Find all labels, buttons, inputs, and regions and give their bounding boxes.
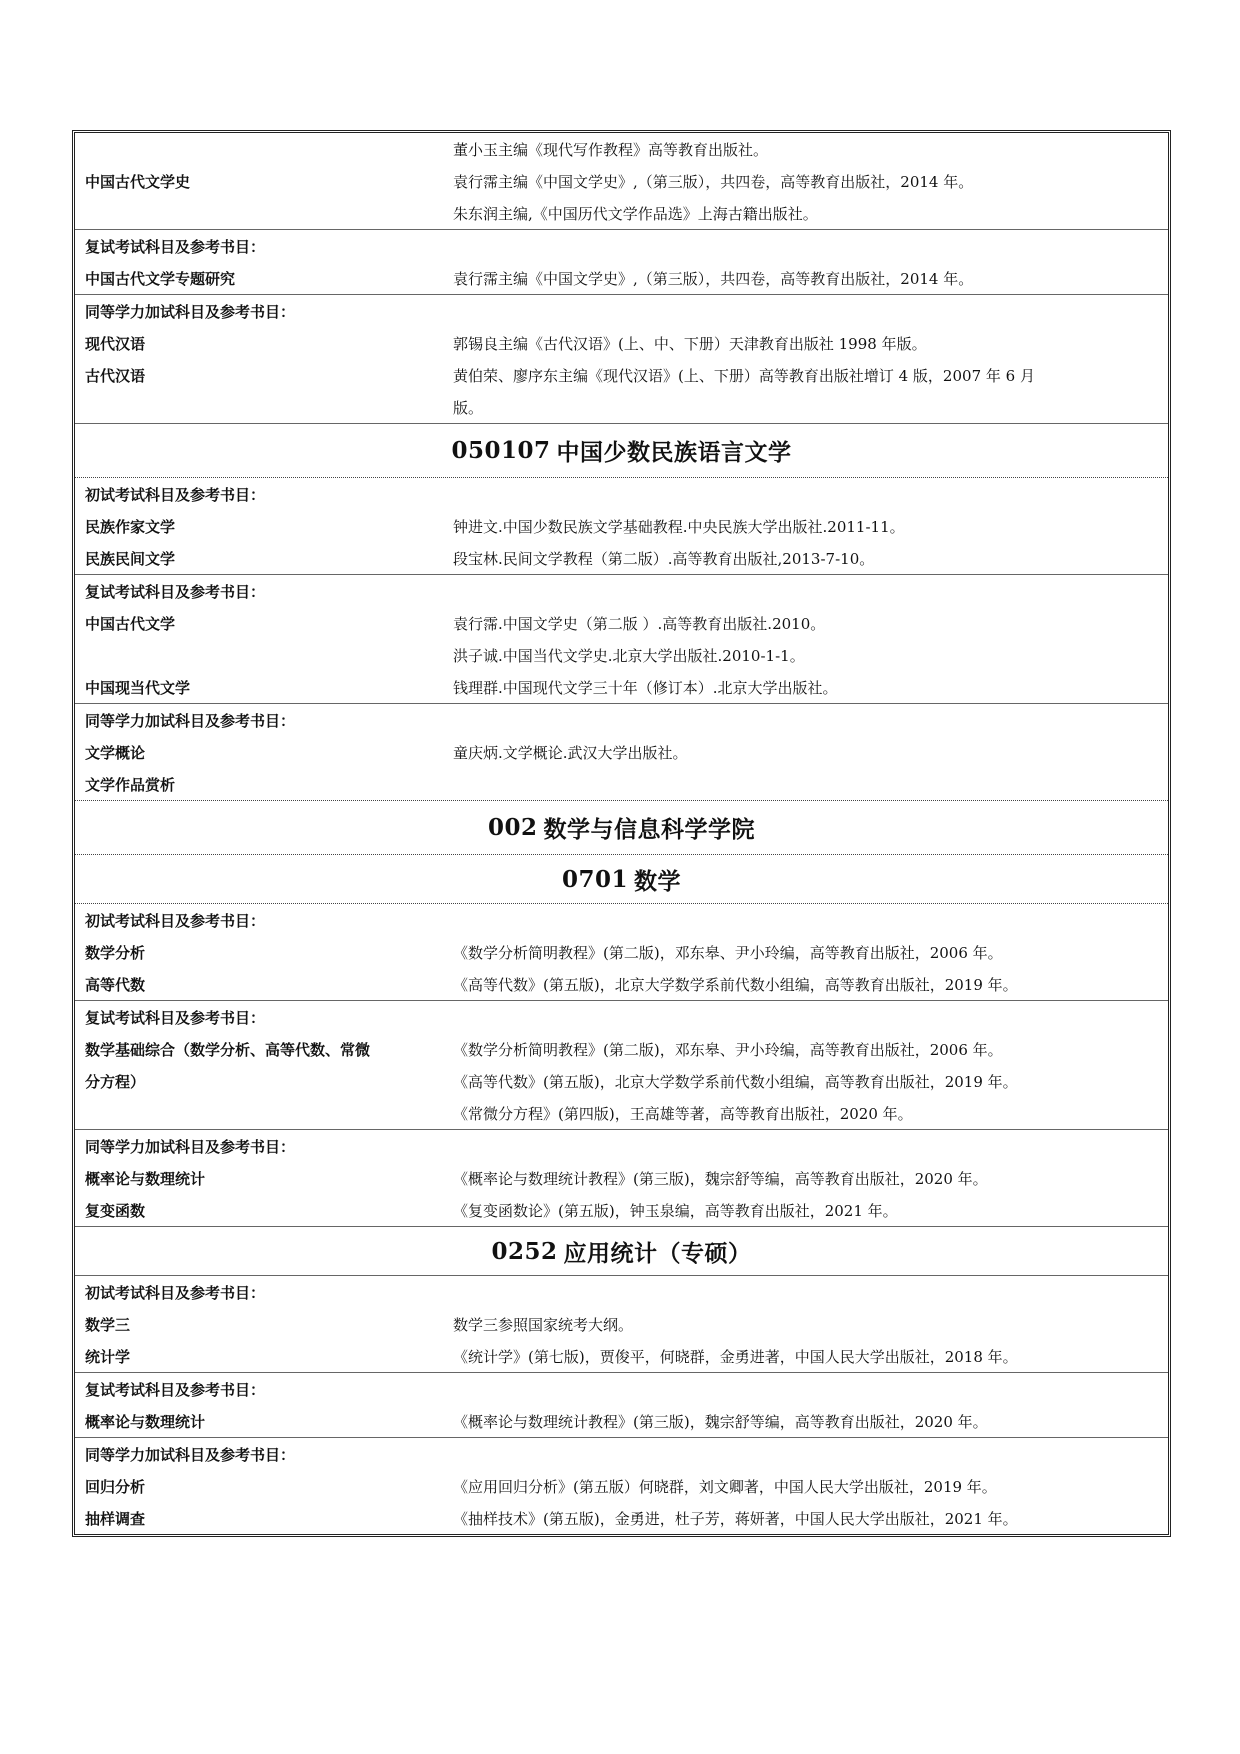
equivalent-block: 同等学力加试科目及参考书目： 现代汉语 郭锡良主编《古代汉语》(上、中、下册）天… bbox=[75, 295, 1168, 424]
program-title-0252: 0252 应用统计（专硕） bbox=[75, 1227, 1168, 1276]
subject-label: 古代汉语 bbox=[75, 365, 451, 386]
reference-text: 《统计学》(第七版)，贾俊平，何晓群，金勇进著，中国人民大学出版社，2018 年… bbox=[451, 1346, 1168, 1367]
equivalent-block: 同等学力加试科目及参考书目： 回归分析 《应用回归分析》(第五版）何晓群，刘文卿… bbox=[75, 1438, 1168, 1534]
reference-text: 数学三参照国家统考大纲。 bbox=[451, 1314, 1168, 1335]
retest-block: 复试考试科目及参考书目： 数学基础综合（数学分析、高等代数、常微 《数学分析简明… bbox=[75, 1001, 1168, 1130]
reference-text: 《数学分析简明教程》(第二版)，邓东皋、尹小玲编，高等教育出版社，2006 年。 bbox=[451, 942, 1168, 963]
section-heading: 复试考试科目及参考书目： bbox=[75, 1001, 1168, 1033]
equivalent-block: 同等学力加试科目及参考书目： 概率论与数理统计 《概率论与数理统计教程》(第三版… bbox=[75, 1130, 1168, 1227]
program-name: 应用统计（专硕） bbox=[564, 1235, 752, 1268]
section-heading: 初试考试科目及参考书目： bbox=[75, 904, 1168, 936]
section-heading: 初试考试科目及参考书目： bbox=[75, 1276, 1168, 1308]
reference-text: 《抽样技术》(第五版)，金勇进，杜子芳，蒋妍著，中国人民大学出版社，2021 年… bbox=[451, 1508, 1168, 1529]
subject-label: 分方程） bbox=[75, 1071, 451, 1092]
program-title: 0252 应用统计（专硕） bbox=[75, 1227, 1168, 1275]
table-row: 高等代数 《高等代数》(第五版)，北京大学数学系前代数小组编，高等教育出版社，2… bbox=[75, 968, 1168, 1000]
section-heading: 初试考试科目及参考书目： bbox=[75, 478, 1168, 510]
table-row: 复变函数 《复变函数论》(第五版)，钟玉泉编，高等教育出版社，2021 年。 bbox=[75, 1194, 1168, 1226]
section-heading: 复试考试科目及参考书目： bbox=[75, 230, 1168, 262]
section-heading: 复试考试科目及参考书目： bbox=[75, 575, 1168, 607]
subject-label: 数学三 bbox=[75, 1314, 451, 1335]
subject-label: 现代汉语 bbox=[75, 333, 451, 354]
reference-text: 《复变函数论》(第五版)，钟玉泉编，高等教育出版社，2021 年。 bbox=[451, 1200, 1168, 1221]
school-code: 002 bbox=[488, 814, 538, 841]
table-row: 现代汉语 郭锡良主编《古代汉语》(上、中、下册）天津教育出版社 1998 年版。 bbox=[75, 327, 1168, 359]
reference-text: 袁行霈主编《中国文学史》,（第三版），共四卷，高等教育出版社，2014 年。 bbox=[451, 171, 1168, 192]
table-row: 概率论与数理统计 《概率论与数理统计教程》(第三版)，魏宗舒等编，高等教育出版社… bbox=[75, 1162, 1168, 1194]
table-row: 数学分析 《数学分析简明教程》(第二版)，邓东皋、尹小玲编，高等教育出版社，20… bbox=[75, 936, 1168, 968]
table-row: 古代汉语 黄伯荣、廖序东主编《现代汉语》(上、下册）高等教育出版社增订 4 版，… bbox=[75, 359, 1168, 391]
section-heading: 同等学力加试科目及参考书目： bbox=[75, 1130, 1168, 1162]
program-name: 中国少数民族语言文学 bbox=[557, 434, 792, 467]
program-code: 0701 bbox=[562, 866, 628, 893]
subject-label: 复变函数 bbox=[75, 1200, 451, 1221]
retest-block: 复试考试科目及参考书目： 概率论与数理统计 《概率论与数理统计教程》(第三版)，… bbox=[75, 1373, 1168, 1438]
subject-label: 中国现当代文学 bbox=[75, 677, 451, 698]
program-code: 0252 bbox=[491, 1238, 557, 1265]
table-row: 《常微分方程》(第四版)，王高雄等著，高等教育出版社，2020 年。 bbox=[75, 1097, 1168, 1129]
reference-text: 袁行霈.中国文学史（第二版 ）.高等教育出版社.2010。 bbox=[451, 613, 1168, 634]
reference-text: 袁行霈主编《中国文学史》,（第三版），共四卷，高等教育出版社，2014 年。 bbox=[451, 268, 1168, 289]
reference-text: 段宝林.民间文学教程（第二版）.高等教育出版社,2013-7-10。 bbox=[451, 548, 1168, 569]
reference-text: 洪子诚.中国当代文学史.北京大学出版社.2010-1-1。 bbox=[451, 645, 1168, 666]
reference-text: 《数学分析简明教程》(第二版)，邓东皋、尹小玲编，高等教育出版社，2006 年。 bbox=[451, 1039, 1168, 1060]
reference-text: 黄伯荣、廖序东主编《现代汉语》(上、下册）高等教育出版社增订 4 版，2007 … bbox=[451, 365, 1168, 386]
reference-text: 《概率论与数理统计教程》(第三版)，魏宗舒等编，高等教育出版社，2020 年。 bbox=[451, 1168, 1168, 1189]
table-row: 民族民间文学 段宝林.民间文学教程（第二版）.高等教育出版社,2013-7-10… bbox=[75, 542, 1168, 574]
program-code: 050107 bbox=[451, 437, 550, 464]
equivalent-block: 同等学力加试科目及参考书目： 文学概论 童庆炳.文学概论.武汉大学出版社。 文学… bbox=[75, 704, 1168, 801]
school-title: 002 数学与信息科学学院 bbox=[75, 801, 1168, 854]
reference-text: 《常微分方程》(第四版)，王高雄等著，高等教育出版社，2020 年。 bbox=[451, 1103, 1168, 1124]
table-row: 中国古代文学 袁行霈.中国文学史（第二版 ）.高等教育出版社.2010。 bbox=[75, 607, 1168, 639]
table-row: 分方程） 《高等代数》(第五版)，北京大学数学系前代数小组编，高等教育出版社，2… bbox=[75, 1065, 1168, 1097]
table-row: 回归分析 《应用回归分析》(第五版）何晓群，刘文卿著，中国人民大学出版社，201… bbox=[75, 1470, 1168, 1502]
reference-text: 《概率论与数理统计教程》(第三版)，魏宗舒等编，高等教育出版社，2020 年。 bbox=[451, 1411, 1168, 1432]
subject-label: 高等代数 bbox=[75, 974, 451, 995]
section-heading: 同等学力加试科目及参考书目： bbox=[75, 704, 1168, 736]
subject-label: 回归分析 bbox=[75, 1476, 451, 1497]
program-title: 050107 中国少数民族语言文学 bbox=[75, 424, 1168, 477]
program-title: 0701 数学 bbox=[75, 855, 1168, 903]
table-row: 洪子诚.中国当代文学史.北京大学出版社.2010-1-1。 bbox=[75, 639, 1168, 671]
table-row: 朱东润主编,《中国历代文学作品选》上海古籍出版社。 bbox=[75, 197, 1168, 229]
section-heading: 同等学力加试科目及参考书目： bbox=[75, 295, 1168, 327]
table-row: 数学三 数学三参照国家统考大纲。 bbox=[75, 1308, 1168, 1340]
table-row: 董小玉主编《现代写作教程》高等教育出版社。 bbox=[75, 133, 1168, 165]
reference-text: 钟进文.中国少数民族文学基础教程.中央民族大学出版社.2011-11。 bbox=[451, 516, 1168, 537]
reference-text: 郭锡良主编《古代汉语》(上、中、下册）天津教育出版社 1998 年版。 bbox=[451, 333, 1168, 354]
reference-text: 朱东润主编,《中国历代文学作品选》上海古籍出版社。 bbox=[451, 203, 1168, 224]
table-row: 中国古代文学专题研究 袁行霈主编《中国文学史》,（第三版），共四卷，高等教育出版… bbox=[75, 262, 1168, 294]
subject-label: 文学概论 bbox=[75, 742, 451, 763]
table-row: 版。 bbox=[75, 391, 1168, 423]
initial-block: 初试考试科目及参考书目： 数学三 数学三参照国家统考大纲。 统计学 《统计学》(… bbox=[75, 1276, 1168, 1373]
initial-block: 初试考试科目及参考书目： 民族作家文学 钟进文.中国少数民族文学基础教程.中央民… bbox=[75, 478, 1168, 575]
reference-text: 童庆炳.文学概论.武汉大学出版社。 bbox=[451, 742, 1168, 763]
reference-text: 董小玉主编《现代写作教程》高等教育出版社。 bbox=[451, 139, 1168, 160]
table-row: 抽样调查 《抽样技术》(第五版)，金勇进，杜子芳，蒋妍著，中国人民大学出版社，2… bbox=[75, 1502, 1168, 1534]
table-row: 概率论与数理统计 《概率论与数理统计教程》(第三版)，魏宗舒等编，高等教育出版社… bbox=[75, 1405, 1168, 1437]
reference-text: 《高等代数》(第五版)，北京大学数学系前代数小组编，高等教育出版社，2019 年… bbox=[451, 974, 1168, 995]
subject-label: 抽样调查 bbox=[75, 1508, 451, 1529]
subject-label: 数学分析 bbox=[75, 942, 451, 963]
section-heading: 同等学力加试科目及参考书目： bbox=[75, 1438, 1168, 1470]
program-title-050107: 050107 中国少数民族语言文学 bbox=[75, 424, 1168, 478]
program-title-0701: 0701 数学 bbox=[75, 855, 1168, 904]
subject-label: 概率论与数理统计 bbox=[75, 1168, 451, 1189]
school-title-002: 002 数学与信息科学学院 bbox=[75, 801, 1168, 855]
reference-text: 《应用回归分析》(第五版）何晓群，刘文卿著，中国人民大学出版社，2019 年。 bbox=[451, 1476, 1168, 1497]
table-row: 文学作品赏析 bbox=[75, 768, 1168, 800]
program-name: 数学 bbox=[634, 863, 681, 896]
table-row: 数学基础综合（数学分析、高等代数、常微 《数学分析简明教程》(第二版)，邓东皋、… bbox=[75, 1033, 1168, 1065]
table-row: 统计学 《统计学》(第七版)，贾俊平，何晓群，金勇进著，中国人民大学出版社，20… bbox=[75, 1340, 1168, 1372]
table-row: 民族作家文学 钟进文.中国少数民族文学基础教程.中央民族大学出版社.2011-1… bbox=[75, 510, 1168, 542]
table-row: 中国古代文学史 袁行霈主编《中国文学史》,（第三版），共四卷，高等教育出版社，2… bbox=[75, 165, 1168, 197]
subject-label: 中国古代文学 bbox=[75, 613, 451, 634]
subject-label: 数学基础综合（数学分析、高等代数、常微 bbox=[75, 1039, 451, 1060]
retest-block: 复试考试科目及参考书目： 中国古代文学专题研究 袁行霈主编《中国文学史》,（第三… bbox=[75, 230, 1168, 295]
retest-block: 复试考试科目及参考书目： 中国古代文学 袁行霈.中国文学史（第二版 ）.高等教育… bbox=[75, 575, 1168, 704]
subject-label: 民族民间文学 bbox=[75, 548, 451, 569]
school-name: 数学与信息科学学院 bbox=[544, 811, 756, 844]
subject-label: 文学作品赏析 bbox=[75, 774, 451, 795]
subject-label: 概率论与数理统计 bbox=[75, 1411, 451, 1432]
table-row: 文学概论 童庆炳.文学概论.武汉大学出版社。 bbox=[75, 736, 1168, 768]
subject-label: 统计学 bbox=[75, 1346, 451, 1367]
initial-block-continued: 董小玉主编《现代写作教程》高等教育出版社。 中国古代文学史 袁行霈主编《中国文学… bbox=[75, 133, 1168, 230]
reference-text: 《高等代数》(第五版)，北京大学数学系前代数小组编，高等教育出版社，2019 年… bbox=[451, 1071, 1168, 1092]
table-row: 中国现当代文学 钱理群.中国现代文学三十年（修订本）.北京大学出版社。 bbox=[75, 671, 1168, 703]
reference-text: 版。 bbox=[451, 397, 1168, 418]
subject-label: 中国古代文学史 bbox=[75, 171, 451, 192]
section-heading: 复试考试科目及参考书目： bbox=[75, 1373, 1168, 1405]
reference-text: 钱理群.中国现代文学三十年（修订本）.北京大学出版社。 bbox=[451, 677, 1168, 698]
initial-block: 初试考试科目及参考书目： 数学分析 《数学分析简明教程》(第二版)，邓东皋、尹小… bbox=[75, 904, 1168, 1001]
subject-label: 中国古代文学专题研究 bbox=[75, 268, 451, 289]
subject-label: 民族作家文学 bbox=[75, 516, 451, 537]
syllabus-table: 董小玉主编《现代写作教程》高等教育出版社。 中国古代文学史 袁行霈主编《中国文学… bbox=[72, 130, 1171, 1537]
